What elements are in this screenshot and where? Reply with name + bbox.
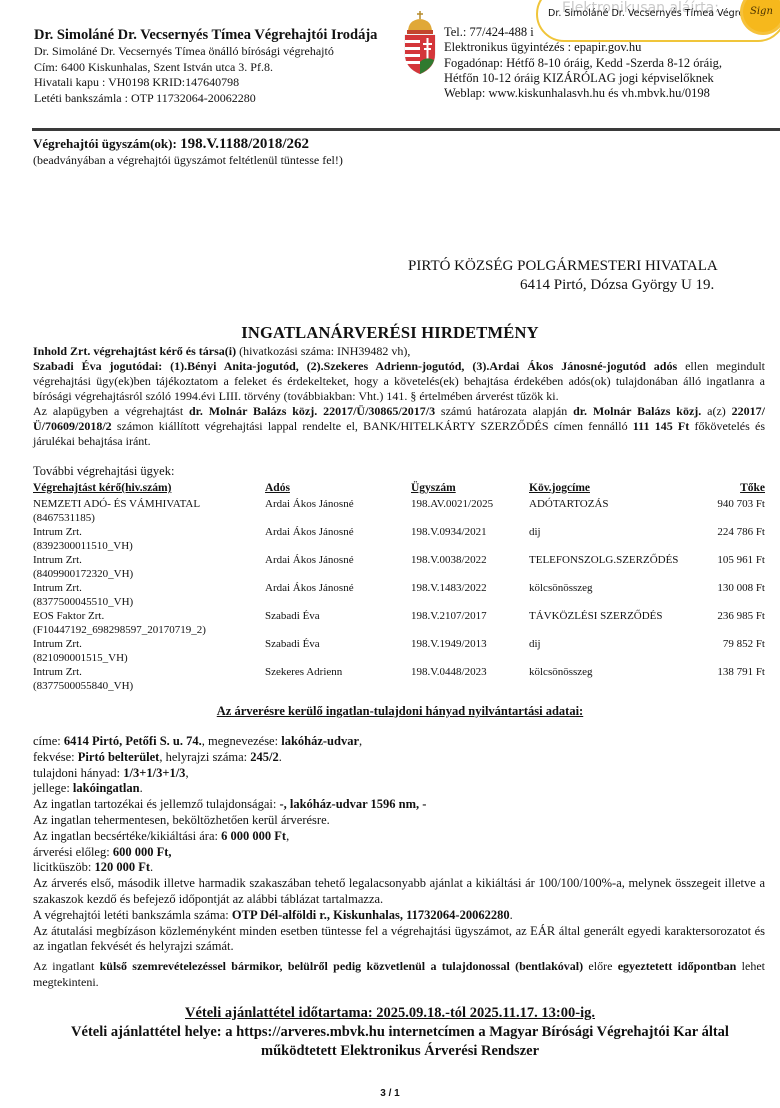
creditor-reference: (821090001515_VH) <box>33 651 265 665</box>
other-cases-table: Végrehajtást kérő(hiv.szám) Adós Ügyszám… <box>33 479 765 693</box>
property-details: címe: 6414 Pirtó, Petőfi S. u. 74., megn… <box>33 734 765 955</box>
intro-text: Inhold Zrt. végrehajtást kérő és társa(i… <box>33 344 765 449</box>
col-claim-title: Köv.jogcíme <box>529 479 699 497</box>
debtor-names: Szabadi Éva jogutódai: (1).Bényi Anita-j… <box>33 359 677 373</box>
property-type: lakóingatlan <box>73 781 140 795</box>
table-row: NEMZETI ADÓ- ÉS VÁMHIVATAL(8467531185)Ar… <box>33 497 765 525</box>
header-separator <box>32 128 780 131</box>
case-number-cell: 198.V.1949/2013 <box>411 637 529 665</box>
legal-hours-line: Hétfőn 10-12 óráig KIZÁRÓLAG jogi képvis… <box>444 71 780 86</box>
website-line: Weblap: www.kiskunhalasvh.hu és vh.mbvk.… <box>444 86 780 101</box>
property-features: -, lakóház-udvar 1596 nm, - <box>279 797 426 811</box>
principal-cell: 105 961 Ft <box>699 553 765 581</box>
address-line: Cím: 6400 Kiskunhalas, Szent István utca… <box>34 60 384 76</box>
debtor-cell: Szabadi Éva <box>265 609 411 637</box>
creditor-reference: (8409900172320_VH) <box>33 567 265 581</box>
inspection-note: Az ingatlant külső szemrevételezéssel bá… <box>33 958 765 990</box>
creditor-reference: (8467531185) <box>33 511 265 525</box>
property-address: 6414 Pirtó, Petőfi S. u. 74. <box>64 734 202 748</box>
bidding-place: Vételi ajánlattétel helye: a https://arv… <box>40 1023 760 1061</box>
debtor-cell: Ardai Ákos Jánosné <box>265 553 411 581</box>
other-cases-heading: További végrehajtási ügyek: <box>33 464 174 479</box>
creditor-reference: (F10447192_698298597_20170719_2) <box>33 623 265 637</box>
creditor-reference: (8392300011510_VH) <box>33 539 265 553</box>
hivatali-kapu-line: Hivatali kapu : VH0198 KRID:147640798 <box>34 75 384 91</box>
case-label: Végrehajtói ügyszám(ok): <box>33 136 180 151</box>
table-row: Intrum Zrt.(8377500045510_VH)Ardai Ákos … <box>33 581 765 609</box>
property-location: Pirtó belterület <box>78 750 160 764</box>
col-debtor: Adós <box>265 479 411 497</box>
case-number-cell: 198.AV.0021/2025 <box>411 497 529 525</box>
property-name: lakóház-udvar <box>281 734 359 748</box>
principal-cell: 79 852 Ft <box>699 637 765 665</box>
bidding-period: Vételi ajánlattétel időtartama: 2025.09.… <box>0 1005 780 1022</box>
bid-increment: 120 000 Ft <box>94 860 150 874</box>
starting-price: 6 000 000 Ft <box>221 829 286 843</box>
creditor-cell: Intrum Zrt.(821090001515_VH) <box>33 637 265 665</box>
electronic-signature-stamp[interactable]: Elektronikusan aláírta: Dr. Simoláné Dr.… <box>536 0 780 42</box>
col-case-number: Ügyszám <box>411 479 529 497</box>
office-hours-line: Fogadónap: Hétfő 8-10 óráig, Kedd -Szerd… <box>444 56 780 71</box>
officer-line: Dr. Simoláné Dr. Vecsernyés Tímea önálló… <box>34 44 384 60</box>
recipient-name: PIRTÓ KÖZSÉG POLGÁRMESTERI HIVATALA <box>408 257 718 276</box>
claim-title-cell: TELEFONSZOLG.SZERZŐDÉS <box>529 553 699 581</box>
creditor-name: Inhold Zrt. végrehajtást kérő és társa(i… <box>33 344 236 358</box>
table-row: Intrum Zrt.(8392300011510_VH)Ardai Ákos … <box>33 525 765 553</box>
principal-cell: 236 985 Ft <box>699 609 765 637</box>
page-number: 3 / 1 <box>0 1088 780 1099</box>
escrow-account: OTP Dél-alföldi r., Kiskunhalas, 1173206… <box>232 908 510 922</box>
e-admin-line: Elektronikus ügyintézés : epapir.gov.hu <box>444 40 780 55</box>
creditor-cell: Intrum Zrt.(8409900172320_VH) <box>33 553 265 581</box>
debtor-cell: Szabadi Éva <box>265 637 411 665</box>
document-title: INGATLANÁRVERÉSI HIRDETMÉNY <box>0 323 780 343</box>
col-creditor: Végrehajtást kérő(hiv.szám) <box>33 479 265 497</box>
case-number-cell: 198.V.0448/2023 <box>411 665 529 693</box>
property-section-title: Az árverésre kerülő ingatlan-tulajdoni h… <box>0 704 780 719</box>
claim-title-cell: kölcsönösszeg <box>529 581 699 609</box>
creditor-cell: EOS Faktor Zrt.(F10447192_698298597_2017… <box>33 609 265 637</box>
claim-title-cell: dij <box>529 525 699 553</box>
office-title: Dr. Simoláné Dr. Vecsernyés Tímea Végreh… <box>34 27 384 44</box>
case-number-cell: 198.V.0038/2022 <box>411 553 529 581</box>
table-row: Intrum Zrt.(8377500055840_VH)Szekeres Ad… <box>33 665 765 693</box>
creditor-reference: (8377500055840_VH) <box>33 679 265 693</box>
debtor-cell: Ardai Ákos Jánosné <box>265 497 411 525</box>
auction-deposit: 600 000 Ft, <box>113 845 172 859</box>
principal-cell: 130 008 Ft <box>699 581 765 609</box>
recipient-block: PIRTÓ KÖZSÉG POLGÁRMESTERI HIVATALA 6414… <box>408 257 718 295</box>
encumbrance-note: Az ingatlan tehermentesen, beköltözhetőe… <box>33 813 765 829</box>
parcel-number: 245/2 <box>250 750 278 764</box>
principal-cell: 224 786 Ft <box>699 525 765 553</box>
claim-title-cell: ADÓTARTOZÁS <box>529 497 699 525</box>
creditor-cell: Intrum Zrt.(8377500045510_VH) <box>33 581 265 609</box>
debtor-cell: Ardai Ákos Jánosné <box>265 525 411 553</box>
auction-stages-note: Az árverés első, második illetve harmadi… <box>33 876 765 908</box>
claim-title-cell: kölcsönösszeg <box>529 665 699 693</box>
creditor-cell: Intrum Zrt.(8392300011510_VH) <box>33 525 265 553</box>
case-block: Végrehajtói ügyszám(ok): 198.V.1188/2018… <box>33 135 343 168</box>
bank-account-line: Letéti bankszámla : OTP 11732064-2006228… <box>34 91 384 107</box>
recipient-address: 6414 Pirtó, Dózsa György U 19. <box>408 276 718 295</box>
claim-title-cell: TÁVKÖZLÉSI SZERZŐDÉS <box>529 609 699 637</box>
ownership-share: 1/3+1/3+1/3 <box>123 766 185 780</box>
case-number-cell: 198.V.2107/2017 <box>411 609 529 637</box>
principal-cell: 138 791 Ft <box>699 665 765 693</box>
creditor-reference: (8377500045510_VH) <box>33 595 265 609</box>
office-header: Dr. Simoláné Dr. Vecsernyés Tímea Végreh… <box>34 27 384 106</box>
case-note: (beadványában a végrehajtói ügyszámot fe… <box>33 153 343 168</box>
table-row: Intrum Zrt.(821090001515_VH)Szabadi Éva1… <box>33 637 765 665</box>
creditor-cell: NEMZETI ADÓ- ÉS VÁMHIVATAL(8467531185) <box>33 497 265 525</box>
debtor-cell: Szekeres Adrienn <box>265 665 411 693</box>
table-row: Intrum Zrt.(8409900172320_VH)Ardai Ákos … <box>33 553 765 581</box>
principal-cell: 940 703 Ft <box>699 497 765 525</box>
case-number-cell: 198.V.1483/2022 <box>411 581 529 609</box>
principal-amount: 111 145 Ft <box>633 419 689 433</box>
creditor-cell: Intrum Zrt.(8377500055840_VH) <box>33 665 265 693</box>
hungarian-coat-of-arms-icon <box>402 10 438 76</box>
debtor-cell: Ardai Ákos Jánosné <box>265 581 411 609</box>
transfer-note: Az átutalási megbízáson közleményként mi… <box>33 924 765 956</box>
table-row: EOS Faktor Zrt.(F10447192_698298597_2017… <box>33 609 765 637</box>
col-principal: Tőke <box>699 479 765 497</box>
claim-title-cell: dij <box>529 637 699 665</box>
case-number: 198.V.1188/2018/262 <box>180 136 309 152</box>
seal-text: Sign <box>750 6 773 17</box>
case-number-cell: 198.V.0934/2021 <box>411 525 529 553</box>
